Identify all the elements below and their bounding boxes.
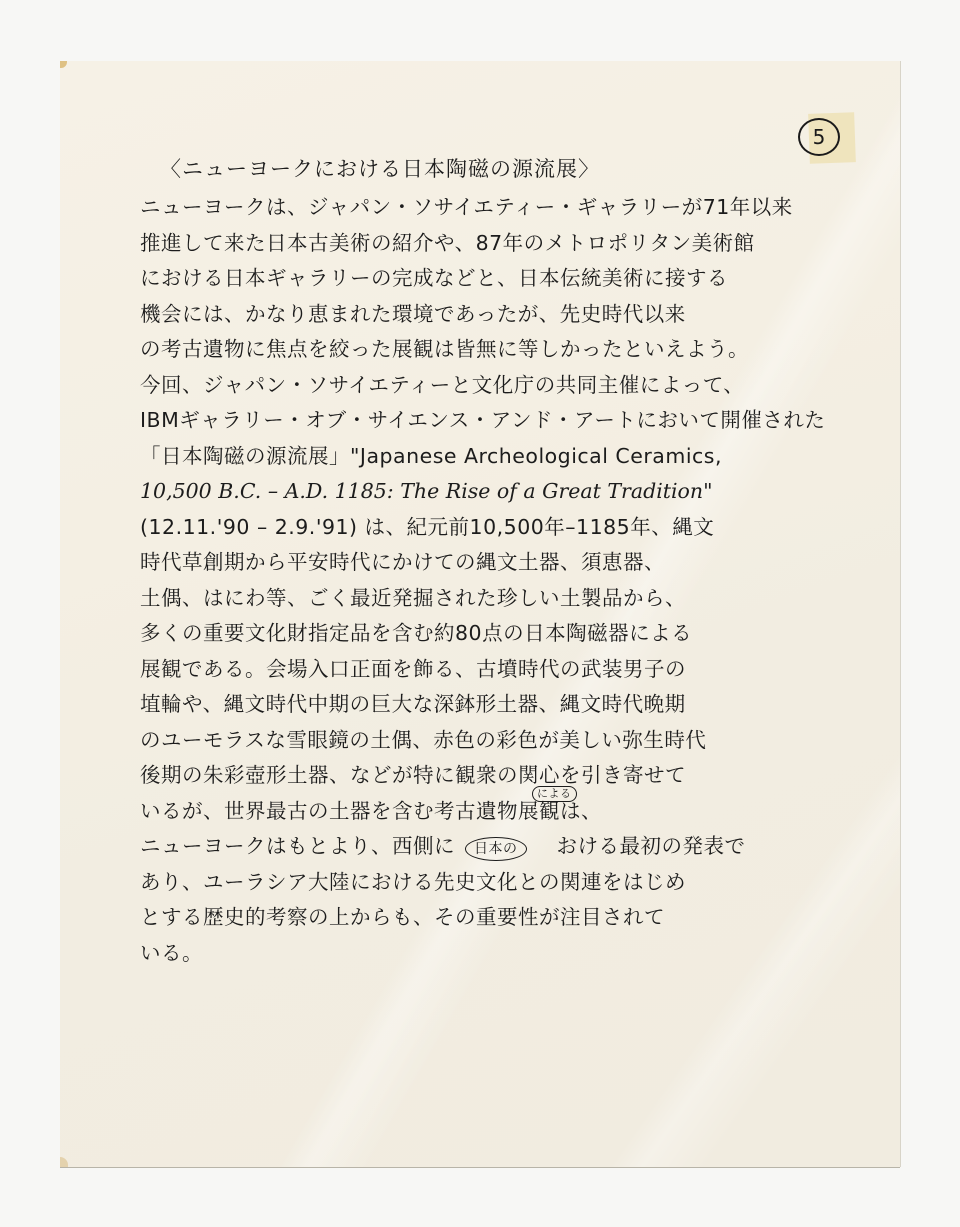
text-line-content: ニューヨークはもとより、西側に bbox=[140, 834, 455, 858]
text-line: (12.11.'90 – 2.9.'91) は、紀元前10,500年–1185年… bbox=[140, 510, 840, 546]
text-line: いる。 bbox=[140, 936, 840, 972]
text-line: 埴輪や、縄文時代中期の巨大な深鉢形土器、縄文時代晩期 bbox=[140, 687, 840, 723]
text-line: 推進して来た日本古美術の紹介や、87年のメトロポリタン美術館 bbox=[140, 226, 840, 262]
manuscript-page: 5 〈ニューヨークにおける日本陶磁の源流展〉 ニューヨークは、ジャパン・ソサイエ… bbox=[60, 61, 900, 1167]
text-line: とする歴史的考察の上からも、その重要性が注目されて bbox=[140, 900, 840, 936]
text-line: 時代草創期から平安時代にかけての縄文土器、須恵器、 bbox=[140, 545, 840, 581]
text-line: IBMギャラリー・オブ・サイエンス・アンド・アートにおいて開催された bbox=[140, 403, 840, 439]
text-line: 今回、ジャパン・ソサイエティーと文化庁の共同主催によって、 bbox=[140, 368, 840, 404]
text-line: 「日本陶磁の源流展」"Japanese Archeological Cerami… bbox=[140, 439, 840, 475]
corner-stain bbox=[60, 1157, 68, 1167]
text-line: 後期の朱彩壺形土器、などが特に観衆の関心を引き寄せて bbox=[140, 758, 840, 794]
text-line: における日本ギャラリーの完成などと、日本伝統美術に接する bbox=[140, 261, 840, 297]
document-title: 〈ニューヨークにおける日本陶磁の源流展〉 bbox=[140, 154, 840, 184]
insertion-annotation-bubble: による bbox=[532, 786, 577, 802]
text-line: 多くの重要文化財指定品を含む約80点の日本陶磁器による bbox=[140, 616, 840, 652]
text-line: 機会には、かなり恵まれた環境であったが、先史時代以来 bbox=[140, 297, 840, 333]
text-line: ニューヨークはもとより、西側に日本のおける最初の発表で bbox=[140, 829, 840, 865]
text-line-content: おける最初の発表で bbox=[557, 834, 746, 858]
text-line: ニューヨークは、ジャパン・ソサイエティー・ギャラリーが71年以来 bbox=[140, 190, 840, 226]
text-line: あり、ユーラシア大陸における先史文化との関連をはじめ bbox=[140, 865, 840, 901]
text-line: のユーモラスな雪眼鏡の土偶、赤色の彩色が美しい弥生時代 bbox=[140, 723, 840, 759]
corner-stain bbox=[60, 61, 67, 68]
text-line: 10,500 B.C. – A.D. 1185: The Rise of a G… bbox=[140, 474, 840, 510]
text-line: の考古遺物に焦点を絞った展観は皆無に等しかったといえよう。 bbox=[140, 332, 840, 368]
text-line: いるが、世界最古の土器を含む考古遺物展観は、 による bbox=[140, 794, 840, 830]
handwritten-text: 〈ニューヨークにおける日本陶磁の源流展〉 ニューヨークは、ジャパン・ソサイエティ… bbox=[140, 154, 840, 971]
text-line: 土偶、はにわ等、ごく最近発掘された珍しい土製品から、 bbox=[140, 581, 840, 617]
page-number: 5 bbox=[798, 118, 840, 156]
text-line: 展観である。会場入口正面を飾る、古墳時代の武装男子の bbox=[140, 652, 840, 688]
page-number-text: 5 bbox=[813, 125, 826, 149]
text-line-content: いるが、世界最古の土器を含む考古遺物展観は、 bbox=[140, 799, 602, 823]
insertion-annotation-circled: 日本の bbox=[465, 837, 527, 861]
